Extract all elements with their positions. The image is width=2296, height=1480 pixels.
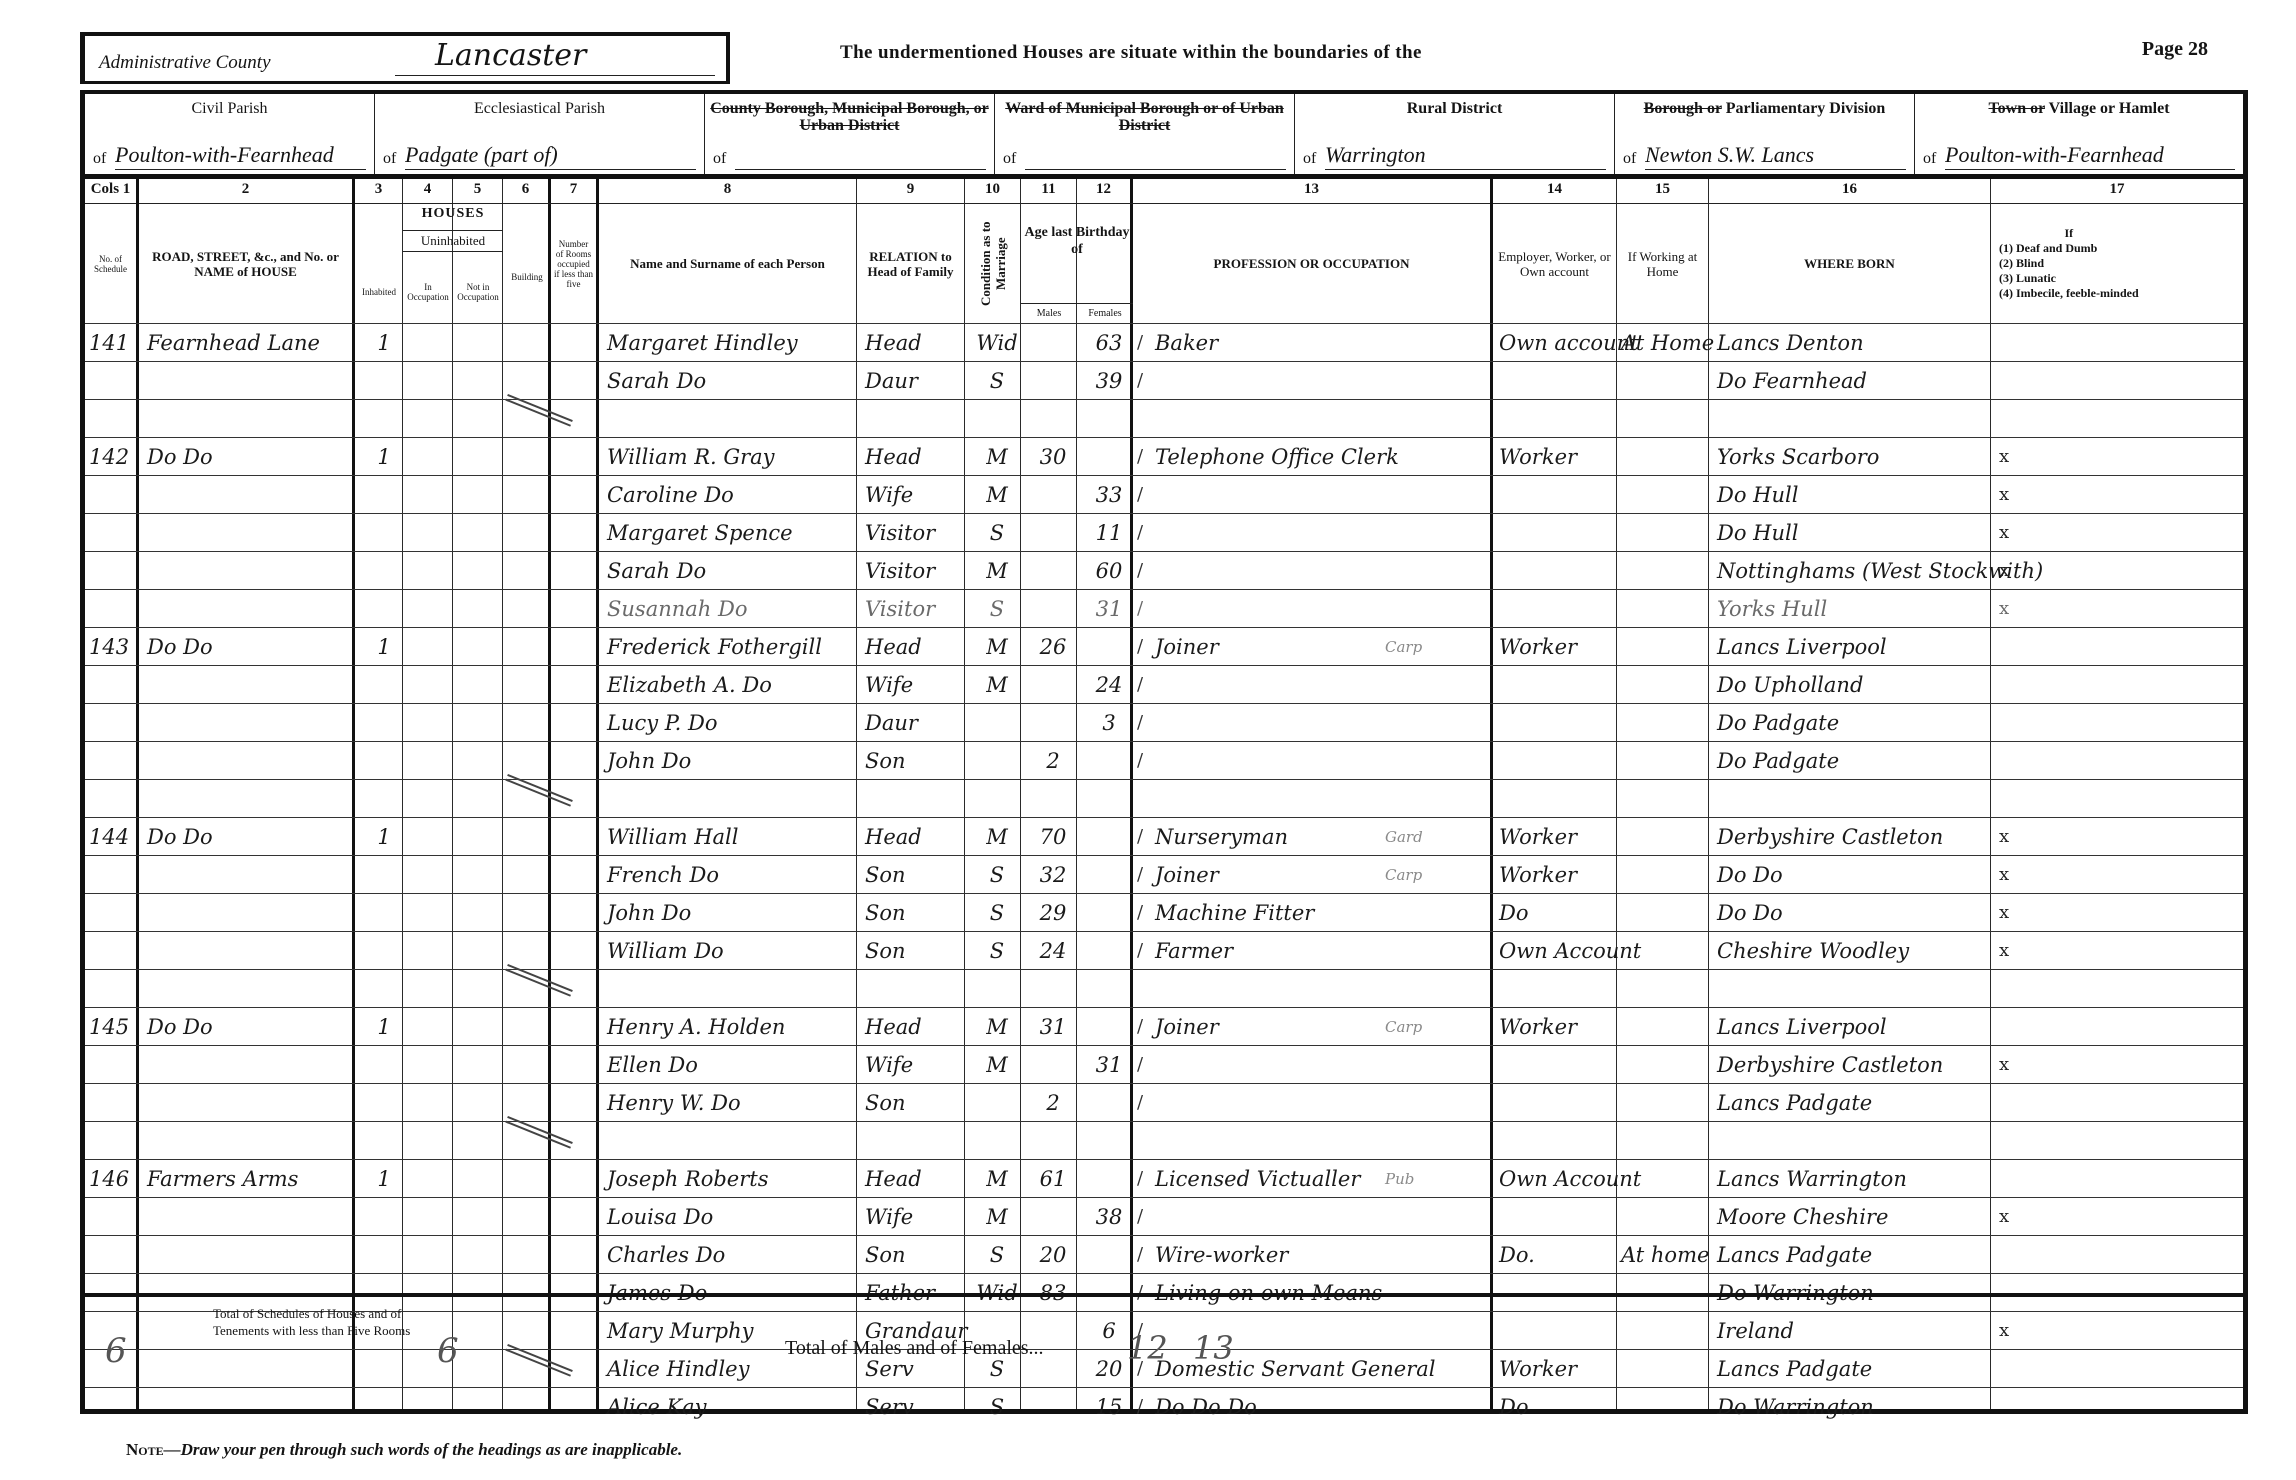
cell-condition: M	[973, 666, 1021, 704]
cell-condition: M	[973, 628, 1021, 666]
cell-road	[147, 742, 353, 780]
cell-working-at-home	[1621, 894, 1709, 932]
table-row-blank	[85, 779, 2243, 817]
region-of: of	[383, 150, 396, 168]
cell-name: Caroline Do	[607, 476, 857, 514]
cell-occupation	[1155, 1046, 1405, 1084]
cell-relation: Daur	[865, 362, 965, 400]
cell-occupation-note	[1385, 590, 1495, 628]
region-parliamentary-division: Borough or Parliamentary Division of New…	[1615, 94, 1915, 176]
census-page: Administrative County Lancaster The unde…	[80, 24, 2248, 1444]
table-row: Sarah DoVisitorM60/Nottinghams (West Sto…	[85, 551, 2243, 589]
col-number: 4	[403, 181, 452, 198]
cell-infirmity-mark: x	[1999, 856, 2039, 894]
cell-occupation: Licensed Victualler	[1155, 1160, 1405, 1198]
cell-where-born: Do Upholland	[1717, 666, 1987, 704]
administrative-county-label: Administrative County	[99, 52, 271, 74]
cell-condition: M	[973, 552, 1021, 590]
cell-where-born: Moore Cheshire	[1717, 1198, 1987, 1236]
cell-working-at-home	[1621, 1084, 1709, 1122]
region-rural-district: Rural District of Warrington	[1295, 94, 1615, 176]
cell-working-at-home	[1621, 742, 1709, 780]
table-row: 146Farmers Arms1Joseph RobertsHeadM61/Li…	[85, 1159, 2243, 1197]
region-county-borough: County Borough, Municipal Borough, or Ur…	[705, 94, 995, 176]
cell-condition: Wid	[973, 324, 1021, 362]
cell-occupation-note: Carp	[1385, 856, 1495, 894]
footnote: Note—Draw your pen through such words of…	[126, 1440, 682, 1460]
cell-name: Henry W. Do	[607, 1084, 857, 1122]
cell-age-female	[1085, 628, 1133, 666]
cell-schedule-number	[89, 590, 137, 628]
cell-occupation-note	[1385, 1236, 1495, 1274]
region-value: Poulton-with-Fearnhead	[1945, 142, 2235, 170]
infirmity-item: (1) Deaf and Dumb	[1999, 241, 2139, 256]
table-row-blank	[85, 1121, 2243, 1159]
table-row: Louisa DoWifeM38/Moore Cheshirex	[85, 1197, 2243, 1235]
cell-occupation-note	[1385, 362, 1495, 400]
table-row: Susannah DoVisitorS31/Yorks Hullx	[85, 589, 2243, 627]
col-number: 8	[599, 181, 856, 198]
cell-where-born: Lancs Liverpool	[1717, 628, 1987, 666]
cell-occupation-note: Gard	[1385, 818, 1495, 856]
cell-name: John Do	[607, 742, 857, 780]
cell-road	[147, 362, 353, 400]
cell-road	[147, 1198, 353, 1236]
cell-road	[147, 514, 353, 552]
region-label-struck: Town or	[1988, 100, 2044, 117]
col-number: 5	[453, 181, 502, 198]
cell-working-at-home	[1621, 818, 1709, 856]
cell-where-born: Do Do	[1717, 856, 1987, 894]
cell-relation: Son	[865, 742, 965, 780]
cell-occupation-note: Carp	[1385, 628, 1495, 666]
col-number: 6	[503, 181, 548, 198]
col-number: 14	[1493, 181, 1616, 198]
cell-age-female	[1085, 1008, 1133, 1046]
col-heading: Employer, Worker, or Own account	[1493, 203, 1616, 323]
cell-inhabited	[369, 362, 399, 400]
cell-road	[147, 894, 353, 932]
cell-schedule-number	[89, 894, 137, 932]
cell-inhabited	[369, 1046, 399, 1084]
cell-checkmark: /	[1137, 894, 1153, 932]
cell-relation: Head	[865, 818, 965, 856]
cell-name: Henry A. Holden	[607, 1008, 857, 1046]
cell-age-male: 29	[1029, 894, 1077, 932]
cell-condition: S	[973, 1236, 1021, 1274]
total-males-females-label: Total of Males and of Females...	[785, 1337, 1044, 1360]
cell-schedule-number: 144	[89, 818, 137, 856]
cell-working-at-home	[1621, 666, 1709, 704]
region-label: Town or Village or Hamlet	[1915, 100, 2243, 117]
cell-age-male: 30	[1029, 438, 1077, 476]
cell-working-at-home	[1621, 932, 1709, 970]
cell-where-born: Derbyshire Castleton	[1717, 818, 1987, 856]
cell-age-male	[1029, 324, 1077, 362]
cell-where-born: Do Padgate	[1717, 704, 1987, 742]
enumeration-table: Cols 1 No. of Schedule 2 ROAD, STREET, &…	[80, 174, 2248, 1414]
col-heading-inhabited: Inhabited	[355, 260, 403, 324]
cell-road	[147, 1236, 353, 1274]
cell-occupation	[1155, 476, 1405, 514]
age-heading: Age last Birthday of	[1021, 224, 1133, 258]
cell-checkmark: /	[1137, 438, 1153, 476]
cell-inhabited	[369, 666, 399, 704]
col-number: 2	[139, 181, 352, 198]
cell-employment: Worker	[1499, 628, 1617, 666]
cell-where-born: Cheshire Woodley	[1717, 932, 1987, 970]
cell-occupation	[1155, 362, 1405, 400]
col-heading: No. of Schedule	[85, 203, 136, 323]
cell-employment	[1499, 666, 1617, 704]
cell-occupation-note	[1385, 742, 1495, 780]
cell-age-female	[1085, 1236, 1133, 1274]
region-label-struck: County Borough, Municipal Borough, or Ur…	[705, 100, 994, 134]
col-number: 17	[1991, 181, 2243, 198]
cell-age-male	[1029, 666, 1077, 704]
cell-condition: S	[973, 932, 1021, 970]
cell-working-at-home	[1621, 514, 1709, 552]
region-of: of	[1003, 150, 1016, 168]
col-number: 13	[1133, 181, 1490, 198]
cell-checkmark: /	[1137, 932, 1153, 970]
cell-age-female	[1085, 932, 1133, 970]
cell-occupation-note	[1385, 438, 1495, 476]
cell-age-female: 39	[1085, 362, 1133, 400]
cell-working-at-home	[1621, 362, 1709, 400]
cell-condition	[973, 704, 1021, 742]
cell-road	[147, 666, 353, 704]
table-row: 142Do Do1William R. GrayHeadM30/Telephon…	[85, 437, 2243, 475]
table-row: Caroline DoWifeM33/Do Hullx	[85, 475, 2243, 513]
cell-employment	[1499, 1198, 1617, 1236]
cell-infirmity-mark: x	[1999, 1046, 2039, 1084]
cell-infirmity-mark	[1999, 1236, 2039, 1274]
col-number: 11	[1021, 181, 1076, 198]
cell-checkmark: /	[1137, 514, 1153, 552]
cell-where-born: Lancs Denton	[1717, 324, 1987, 362]
uninhabited-title: Uninhabited	[403, 230, 503, 252]
cell-inhabited: 1	[369, 628, 399, 666]
cell-schedule-number: 141	[89, 324, 137, 362]
col-heading-not-in-occupation: Not in Occupation	[453, 260, 503, 324]
cell-age-male	[1029, 362, 1077, 400]
cell-employment: Do.	[1499, 1236, 1617, 1274]
table-row: Charles DoSonS20/Wire-workerDo.At homeLa…	[85, 1235, 2243, 1273]
cell-age-male	[1029, 590, 1077, 628]
table-row: William DoSonS24/FarmerOwn AccountCheshi…	[85, 931, 2243, 969]
cell-occupation-note	[1385, 324, 1495, 362]
cell-occupation	[1155, 1198, 1405, 1236]
cell-inhabited	[369, 514, 399, 552]
region-label-text: Village or Hamlet	[2049, 100, 2170, 117]
cell-working-at-home	[1621, 856, 1709, 894]
cell-where-born: Lancs Padgate	[1717, 1084, 1987, 1122]
cell-occupation	[1155, 590, 1405, 628]
cell-condition: S	[973, 894, 1021, 932]
cell-infirmity-mark: x	[1999, 438, 2039, 476]
cell-occupation-note	[1385, 932, 1495, 970]
cell-working-at-home: At Home	[1621, 324, 1709, 362]
cell-occupation	[1155, 514, 1405, 552]
cell-condition	[973, 1084, 1021, 1122]
cell-name: Margaret Spence	[607, 514, 857, 552]
cell-condition: S	[973, 856, 1021, 894]
cell-checkmark: /	[1137, 1198, 1153, 1236]
cell-age-male: 31	[1029, 1008, 1077, 1046]
region-of: of	[1923, 150, 1936, 168]
cell-occupation: Farmer	[1155, 932, 1405, 970]
cell-occupation-note: Carp	[1385, 1008, 1495, 1046]
houses-title: HOUSES	[355, 206, 551, 222]
cell-working-at-home: At home	[1621, 1236, 1709, 1274]
table-row: John DoSon2/Do Padgate	[85, 741, 2243, 779]
cell-occupation	[1155, 742, 1405, 780]
cell-relation: Son	[865, 932, 965, 970]
col-heading: RELATION to Head of Family	[857, 203, 964, 323]
region-value: Poulton-with-Fearnhead	[115, 142, 366, 170]
cell-where-born: Lancs Warrington	[1717, 1160, 1987, 1198]
cell-age-female: 60	[1085, 552, 1133, 590]
region-civil-parish: Civil Parish of Poulton-with-Fearnhead	[85, 94, 375, 176]
cell-working-at-home	[1621, 1198, 1709, 1236]
cell-inhabited	[369, 856, 399, 894]
cell-employment	[1499, 476, 1617, 514]
cell-age-female	[1085, 1084, 1133, 1122]
table-row: Ellen DoWifeM31/Derbyshire Castletonx	[85, 1045, 2243, 1083]
cell-inhabited: 1	[369, 1160, 399, 1198]
cell-employment: Own Account	[1499, 1160, 1617, 1198]
cell-occupation: Nurseryman	[1155, 818, 1405, 856]
cell-checkmark: /	[1137, 856, 1153, 894]
infirmity-item: (2) Blind	[1999, 256, 2139, 271]
cell-age-female: 63	[1085, 324, 1133, 362]
total-males: 12	[1127, 1329, 1168, 1367]
cell-age-male	[1029, 1198, 1077, 1236]
cell-name: Sarah Do	[607, 362, 857, 400]
col-heading: If (1) Deaf and Dumb (2) Blind (3) Lunat…	[1991, 203, 2243, 323]
cell-relation: Head	[865, 628, 965, 666]
region-label-struck: Ward of Municipal Borough or of Urban Di…	[995, 100, 1294, 134]
cell-name: Lucy P. Do	[607, 704, 857, 742]
infirmity-item: (3) Lunatic	[1999, 271, 2139, 286]
cell-infirmity-mark	[1999, 704, 2039, 742]
cell-employment	[1499, 1046, 1617, 1084]
region-value	[1025, 142, 1286, 170]
table-row: Henry W. DoSon2/Lancs Padgate	[85, 1083, 2243, 1121]
region-of: of	[713, 150, 726, 168]
col-heading: Condition as to Marriage	[965, 203, 1020, 323]
cell-inhabited	[369, 932, 399, 970]
cell-checkmark: /	[1137, 362, 1153, 400]
cell-condition: M	[973, 476, 1021, 514]
cell-age-male: 2	[1029, 742, 1077, 780]
cell-age-male	[1029, 514, 1077, 552]
cell-occupation: Wire-worker	[1155, 1236, 1405, 1274]
total-females: 13	[1193, 1329, 1234, 1367]
total-inhabited-houses: 6	[437, 1331, 459, 1371]
cell-age-male: 26	[1029, 628, 1077, 666]
cell-relation: Visitor	[865, 552, 965, 590]
cell-occupation-note	[1385, 1198, 1495, 1236]
cell-schedule-number	[89, 704, 137, 742]
col-heading-text: Condition as to Marriage	[978, 204, 1008, 323]
cell-checkmark: /	[1137, 324, 1153, 362]
cell-working-at-home	[1621, 1046, 1709, 1084]
cell-employment: Worker	[1499, 1008, 1617, 1046]
cell-schedule-number: 146	[89, 1160, 137, 1198]
cell-schedule-number	[89, 666, 137, 704]
cell-employment: Worker	[1499, 818, 1617, 856]
footnote-prefix: Note	[126, 1440, 164, 1459]
cell-relation: Wife	[865, 666, 965, 704]
cell-name: William Hall	[607, 818, 857, 856]
cell-occupation: Joiner	[1155, 628, 1405, 666]
cell-age-female: 33	[1085, 476, 1133, 514]
col-heading: Name and Surname of each Person	[599, 203, 856, 323]
cell-name: Susannah Do	[607, 590, 857, 628]
cell-age-female	[1085, 894, 1133, 932]
cell-checkmark: /	[1137, 1084, 1153, 1122]
cell-inhabited: 1	[369, 324, 399, 362]
cell-inhabited: 1	[369, 818, 399, 856]
cell-infirmity-mark: x	[1999, 476, 2039, 514]
cell-checkmark: /	[1137, 552, 1153, 590]
cell-name: French Do	[607, 856, 857, 894]
cell-where-born: Derbyshire Castleton	[1717, 1046, 1987, 1084]
region-value: Newton S.W. Lancs	[1645, 142, 1906, 170]
header-band: Administrative County Lancaster The unde…	[80, 24, 2248, 172]
cell-occupation: Baker	[1155, 324, 1405, 362]
cell-infirmity-mark	[1999, 324, 2039, 362]
table-row: Lucy P. DoDaur3/Do Padgate	[85, 703, 2243, 741]
table-row: 144Do Do1William HallHeadM70/NurserymanG…	[85, 817, 2243, 855]
infirmity-if: If	[1999, 226, 2139, 241]
cell-relation: Daur	[865, 704, 965, 742]
col-number: Cols 1	[85, 181, 136, 198]
cell-occupation-note: Pub	[1385, 1160, 1495, 1198]
cell-infirmity-mark: x	[1999, 552, 2039, 590]
cell-schedule-number	[89, 362, 137, 400]
cell-schedule-number	[89, 742, 137, 780]
cell-checkmark: /	[1137, 1236, 1153, 1274]
cell-relation: Wife	[865, 1198, 965, 1236]
table-row: Margaret SpenceVisitorS11/Do Hullx	[85, 513, 2243, 551]
cell-road	[147, 552, 353, 590]
cell-occupation	[1155, 552, 1405, 590]
cell-schedule-number: 145	[89, 1008, 137, 1046]
cell-checkmark: /	[1137, 742, 1153, 780]
cell-relation: Head	[865, 324, 965, 362]
cell-occupation-note	[1385, 666, 1495, 704]
age-males-heading: Males	[1021, 303, 1077, 323]
cell-road: Farmers Arms	[147, 1160, 353, 1198]
cell-where-born: Lancs Liverpool	[1717, 1008, 1987, 1046]
cell-age-male	[1029, 1046, 1077, 1084]
cell-relation: Head	[865, 438, 965, 476]
cell-name: Margaret Hindley	[607, 324, 857, 362]
cell-name: William R. Gray	[607, 438, 857, 476]
col-number: 16	[1709, 181, 1990, 198]
cell-relation: Son	[865, 894, 965, 932]
col-heading: WHERE BORN	[1709, 203, 1990, 323]
cell-name: Ellen Do	[607, 1046, 857, 1084]
cell-road: Do Do	[147, 818, 353, 856]
cell-working-at-home	[1621, 476, 1709, 514]
region-value	[735, 142, 986, 170]
cell-occupation-note	[1385, 552, 1495, 590]
cell-inhabited	[369, 894, 399, 932]
administrative-county-box: Administrative County Lancaster	[80, 32, 730, 84]
cell-condition	[973, 742, 1021, 780]
region-row: Civil Parish of Poulton-with-Fearnhead E…	[80, 90, 2248, 174]
cell-employment	[1499, 552, 1617, 590]
cell-relation: Wife	[865, 1046, 965, 1084]
region-of: of	[1303, 150, 1316, 168]
table-row-blank	[85, 969, 2243, 1007]
cell-schedule-number	[89, 1236, 137, 1274]
cell-checkmark: /	[1137, 1008, 1153, 1046]
cell-infirmity-mark	[1999, 742, 2039, 780]
cell-where-born: Do Hull	[1717, 514, 1987, 552]
age-females-heading: Females	[1077, 303, 1133, 323]
cell-condition: S	[973, 514, 1021, 552]
cell-age-male: 61	[1029, 1160, 1077, 1198]
cell-inhabited: 1	[369, 1008, 399, 1046]
col-heading-building: Building	[503, 230, 551, 324]
region-label: Civil Parish	[85, 100, 374, 117]
cell-where-born: Do Fearnhead	[1717, 362, 1987, 400]
cell-where-born: Do Padgate	[1717, 742, 1987, 780]
cell-inhabited	[369, 1084, 399, 1122]
cell-where-born: Yorks Scarboro	[1717, 438, 1987, 476]
cell-employment: Own Account	[1499, 932, 1617, 970]
cell-road	[147, 704, 353, 742]
cell-road: Do Do	[147, 628, 353, 666]
cell-road: Do Do	[147, 1008, 353, 1046]
cell-occupation: Joiner	[1155, 856, 1405, 894]
cell-schedule-number	[89, 1084, 137, 1122]
footnote-text: —Draw your pen through such words of the…	[164, 1440, 683, 1459]
cell-where-born: Lancs Padgate	[1717, 1236, 1987, 1274]
cell-relation: Son	[865, 1084, 965, 1122]
cell-employment	[1499, 704, 1617, 742]
col-heading: If Working at Home	[1617, 203, 1708, 323]
cell-employment: Worker	[1499, 856, 1617, 894]
cell-age-male	[1029, 552, 1077, 590]
table-row: Elizabeth A. DoWifeM24/Do Upholland	[85, 665, 2243, 703]
cell-working-at-home	[1621, 628, 1709, 666]
cell-relation: Wife	[865, 476, 965, 514]
cell-occupation	[1155, 666, 1405, 704]
cell-occupation-note	[1385, 514, 1495, 552]
cell-infirmity-mark	[1999, 1160, 2039, 1198]
cell-infirmity-mark	[1999, 666, 2039, 704]
cell-checkmark: /	[1137, 704, 1153, 742]
cell-road	[147, 1046, 353, 1084]
cell-occupation	[1155, 1084, 1405, 1122]
cell-checkmark: /	[1137, 666, 1153, 704]
cell-where-born: Do Hull	[1717, 476, 1987, 514]
cell-infirmity-mark	[1999, 362, 2039, 400]
cell-relation: Son	[865, 856, 965, 894]
region-of: of	[1623, 150, 1636, 168]
table-row: John DoSonS29/Machine FitterDoDo Dox	[85, 893, 2243, 931]
cell-age-female: 3	[1085, 704, 1133, 742]
table-rows: 141Fearnhead Lane1Margaret HindleyHeadWi…	[85, 323, 2243, 1293]
cell-name: Sarah Do	[607, 552, 857, 590]
cell-checkmark: /	[1137, 1160, 1153, 1198]
